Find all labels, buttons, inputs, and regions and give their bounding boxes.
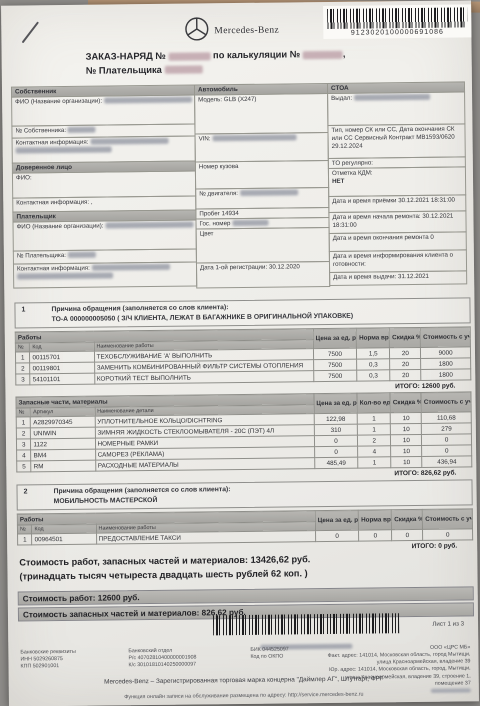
redacted-issuer-name [354,94,430,101]
owner-contact-field: Контактная информация: [12,135,196,163]
grand-total: Стоимость работ, запасных частей и матер… [19,551,471,584]
photo-background: Mercedes-Benz 9123020100000691086 ЗАКАЗ-… [0,0,480,706]
sheet-counter: Лист 1 из 3 [432,620,464,627]
parts-block: Запасные части, материалы Цена за ед. ру… [15,391,472,481]
redacted-owner-number [68,127,96,133]
pen-mark [22,21,39,43]
redacted-calc-number [303,50,343,58]
barcode-number: 9123020100000691086 [327,28,467,37]
redacted-owner-contact-2 [16,147,112,154]
barcode-label: 9123020100000691086 [323,4,471,39]
owner-column: Собственник ФИО (Название организации): … [11,85,197,290]
parts-table: Запасные части, материалы Цена за ед. ру… [15,391,472,472]
barcode-top [327,7,467,29]
work-order-document: Mercedes-Benz 9123020100000691086 ЗАКАЗ-… [1,0,479,706]
bank-requisites: Банковские реквизиты ИНН 5029260875 КПП … [20,648,129,699]
owner-fio-field: ФИО (Название организации): [11,94,195,126]
redacted-owner-name [104,97,192,104]
stoa-issued-field: Выдал: [327,91,465,126]
order-title-line2: № Плательщика [86,60,346,77]
trustee-fio-field: ФИО: [12,170,196,198]
reason-section-2: 2 Причина обращения (заполняется со слов… [16,479,472,510]
car-column: Автомобиль Модель: GLB (X247) VIN: Номер… [194,84,330,289]
stoa-kdm-field: Отметка КДМ: НЕТ [328,166,466,197]
car-engine-field: № двигателя: [195,187,329,210]
redacted-payer-number [164,66,202,74]
car-color-field: Цвет [196,227,330,264]
reason-section-1: 1 Причина обращения (заполняется со слов… [14,297,470,328]
payer-fio-field: ФИО (Название организации): [12,219,196,251]
bank-codes: БИК 044525097 Код по ОКПО [250,646,323,697]
brand-wordmark: Mercedes-Benz [214,26,279,37]
redacted-plate [232,220,268,226]
reason-2-text: Причина обращения (заполняется со слов к… [54,485,231,506]
stoa-column: СТОА Выдал: Тип, номер СК или СС, Дата о… [327,82,467,287]
bank-accounts: Банковский отдел Р/с 4070281040000000190… [128,647,251,698]
redacted-owner-contact-1 [90,138,168,145]
redacted-engine-number [240,189,298,196]
stoa-date-issued: Дата и время выдачи: 31.12.2021 [329,270,467,286]
redacted-payer-contact-2 [17,272,113,279]
works-block-2: Работы Цена за ед. руб. Норма времени Ск… [17,508,473,554]
redacted-payer-contact-1 [92,264,170,271]
stoa-date-informed: Дата и время информирования клиента о го… [329,249,467,273]
works-table-2: Работы Цена за ед. руб. Норма времени Ск… [17,508,473,545]
works-block-1: Работы Цена за ед. руб. Норма времени Ск… [15,326,472,394]
redacted-payer-name [105,222,193,229]
car-model-field: Модель: GLB (X247) [194,93,328,135]
stoa-date-start: Дата и время начала ремонта: 30.12.2021 … [328,210,466,234]
reason-1-text: Причина обращения (заполняется со слов к… [51,302,353,324]
car-first-reg-field: Дата 1-ой регистрации: 30.12.2020 [196,261,330,289]
redacted-order-number [168,52,210,60]
mercedes-star-icon [184,16,209,46]
brand-header: Mercedes-Benz [184,16,279,47]
works-table-1: Работы Цена за ед. руб. Норма времени Ск… [15,326,472,385]
company-address: ООО «ЦРС МБ» Факт. адрес: 141014, Москов… [322,644,471,696]
car-body-field: Номер кузова [195,160,329,190]
info-grid: Собственник ФИО (Название организации): … [12,82,470,290]
barcode-bottom [213,613,399,635]
redacted-vin [212,134,296,141]
car-vin-field: VIN: [195,132,329,163]
stoa-contract-field: Тип, номер СК или СС, Дата окончания СК … [327,123,465,159]
payer-contact-field: Контактная информация: [13,261,197,288]
redacted-payer-num [68,252,96,258]
order-title: ЗАКАЗ-НАРЯД № по калькуляции № , № Плате… [86,47,346,77]
